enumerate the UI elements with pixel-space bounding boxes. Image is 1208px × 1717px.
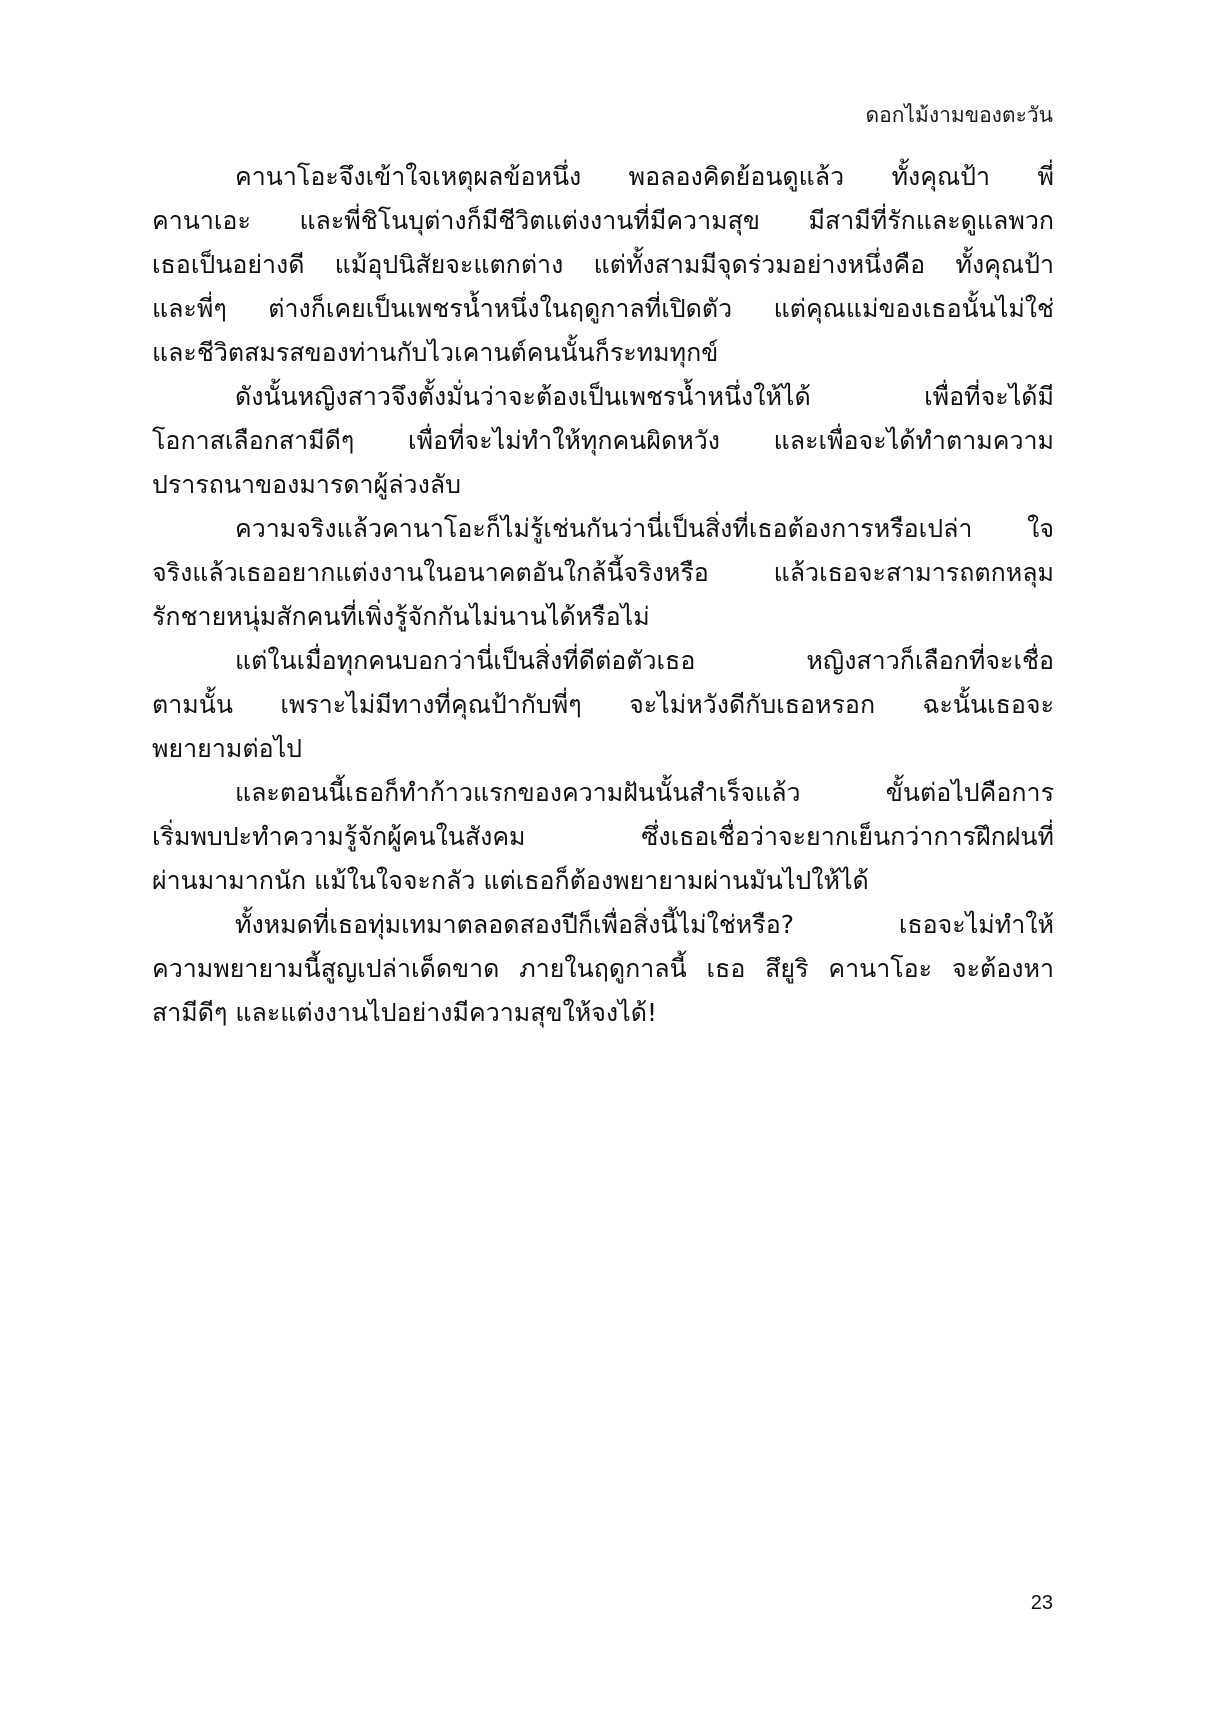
text-line: คานาโอะจึงเข้าใจเหตุผลข้อหนึ่ง พอลองคิดย… xyxy=(152,155,1054,199)
body-text: คานาโอะจึงเข้าใจเหตุผลข้อหนึ่ง พอลองคิดย… xyxy=(152,155,1054,1035)
paragraph-2: ดังนั้นหญิงสาวจึงตั้งมั่นว่าจะต้องเป็นเพ… xyxy=(152,375,1054,507)
text-line: ความจริงแล้วคานาโอะก็ไม่รู้เช่นกันว่านี่… xyxy=(152,507,1054,551)
text-line: พยายามต่อไป xyxy=(152,727,1054,771)
running-header-book-title: ดอกไม้งามของตะวัน xyxy=(865,100,1053,130)
text-line: เธอเป็นอย่างดี แม้อุปนิสัยจะแตกต่าง แต่ท… xyxy=(152,243,1054,287)
text-line: แต่ในเมื่อทุกคนบอกว่านี่เป็นสิ่งที่ดีต่อ… xyxy=(152,639,1054,683)
text-line: คานาเอะ และพี่ชิโนบุต่างก็มีชีวิตแต่งงาน… xyxy=(152,199,1054,243)
text-line: รักชายหนุ่มสักคนที่เพิ่งรู้จักกันไม่นานไ… xyxy=(152,595,1054,639)
paragraph-5: และตอนนี้เธอก็ทำก้าวแรกของความฝันนั้นสำเ… xyxy=(152,771,1054,903)
text-line: ความพยายามนี้สูญเปล่าเด็ดขาด ภายในฤดูกาล… xyxy=(152,947,1054,991)
text-line: จริงแล้วเธออยากแต่งงานในอนาคตอันใกล้นี้จ… xyxy=(152,551,1054,595)
text-line: เริ่มพบปะทำความรู้จักผู้คนในสังคม ซึ่งเธ… xyxy=(152,815,1054,859)
text-line: ผ่านมามากนัก แม้ในใจจะกลัว แต่เธอก็ต้องพ… xyxy=(152,859,1054,903)
paragraph-1: คานาโอะจึงเข้าใจเหตุผลข้อหนึ่ง พอลองคิดย… xyxy=(152,155,1054,375)
page-number: 23 xyxy=(1031,1590,1053,1616)
paragraph-3: ความจริงแล้วคานาโอะก็ไม่รู้เช่นกันว่านี่… xyxy=(152,507,1054,639)
text-line: ดังนั้นหญิงสาวจึงตั้งมั่นว่าจะต้องเป็นเพ… xyxy=(152,375,1054,419)
paragraph-6: ทั้งหมดที่เธอทุ่มเทมาตลอดสองปีก็เพื่อสิ่… xyxy=(152,903,1054,1035)
text-line: และตอนนี้เธอก็ทำก้าวแรกของความฝันนั้นสำเ… xyxy=(152,771,1054,815)
text-line: สามีดีๆ และแต่งงานไปอย่างมีความสุขให้จงไ… xyxy=(152,991,1054,1035)
text-line: ทั้งหมดที่เธอทุ่มเทมาตลอดสองปีก็เพื่อสิ่… xyxy=(152,903,1054,947)
text-line: และพี่ๆ ต่างก็เคยเป็นเพชรน้ำหนึ่งในฤดูกา… xyxy=(152,287,1054,331)
text-line: ปรารถนาของมารดาผู้ล่วงลับ xyxy=(152,463,1054,507)
paragraph-4: แต่ในเมื่อทุกคนบอกว่านี่เป็นสิ่งที่ดีต่อ… xyxy=(152,639,1054,771)
text-line: โอกาสเลือกสามีดีๆ เพื่อที่จะไม่ทำให้ทุกค… xyxy=(152,419,1054,463)
text-line: และชีวิตสมรสของท่านกับไวเคานต์คนนั้นก็ระ… xyxy=(152,331,1054,375)
text-line: ตามนั้น เพราะไม่มีทางที่คุณป้ากับพี่ๆ จะ… xyxy=(152,683,1054,727)
